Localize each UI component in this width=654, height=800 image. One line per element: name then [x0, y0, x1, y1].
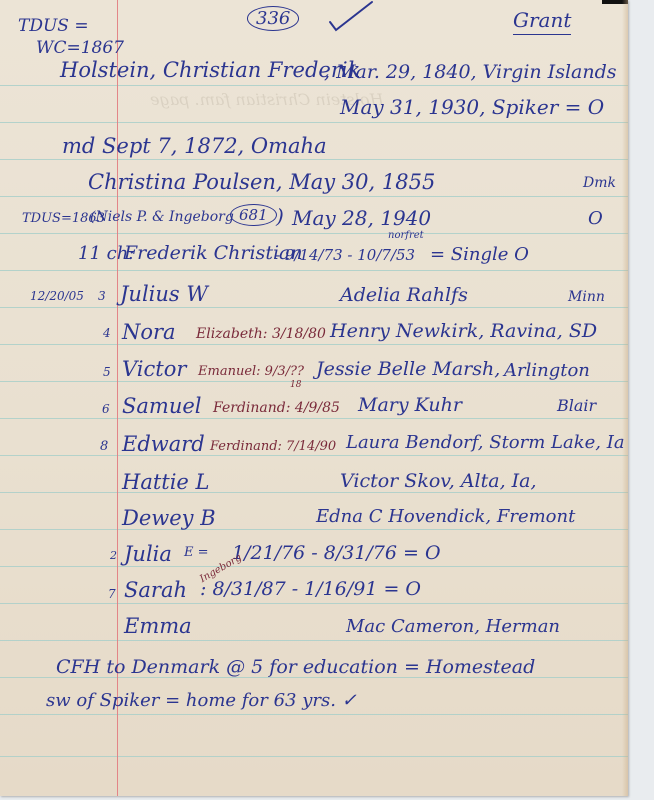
child-spouse: Henry Newkirk, Ravina, SD — [330, 322, 597, 341]
child-name: Sarah — [124, 580, 187, 601]
rule-line — [0, 270, 628, 271]
spouse-close-paren: ) — [276, 206, 284, 226]
top-note-line2: WC=1867 — [36, 40, 124, 57]
child-spouse: Mary Kuhr — [358, 396, 462, 415]
check-mark-icon — [326, 0, 376, 34]
child-spouse: Mac Cameron, Herman — [346, 618, 560, 636]
child-middle-date: Emanuel: 9/3/?? — [198, 365, 304, 378]
child-middle-sub: 18 — [290, 381, 301, 390]
child-number: 3 — [98, 290, 106, 302]
child-name: Edward — [122, 434, 205, 455]
head-death: May 31, 1930, Spiker = O — [340, 97, 604, 117]
notebook-page: Holstein Christian fam. page TDUS = WC=1… — [0, 0, 628, 796]
spouse-origin: Dmk — [583, 176, 616, 190]
child-middle-date: Elizabeth: 3/18/80 — [196, 327, 326, 341]
child-name: Julia — [124, 544, 172, 565]
child-name: Nora — [122, 322, 176, 343]
top-note-line1: TDUS = — [18, 18, 89, 35]
spouse-death-mark: O — [588, 210, 603, 228]
page-number-circled: 336 — [247, 6, 299, 31]
rule-line — [0, 159, 628, 160]
rule-line — [0, 492, 628, 493]
footnote-line1: CFH to Denmark @ 5 for education = Homes… — [56, 658, 535, 677]
child-spouse: = Single O — [430, 246, 529, 264]
child-number: 4 — [103, 327, 111, 339]
rule-line — [0, 455, 628, 456]
rule-line — [0, 344, 628, 345]
spouse-ref: 681 — [230, 208, 277, 223]
page-number: 336 — [247, 10, 299, 28]
child-number: 8 — [100, 440, 108, 453]
child-name: Julius W — [120, 284, 208, 305]
child-dates: - 9/14/73 - 10/7/53 — [275, 248, 415, 263]
child-dates: 1/21/76 - 8/31/76 = O — [232, 544, 441, 563]
rule-line — [0, 196, 628, 197]
head-name: Holstein, Christian Frederik — [60, 60, 360, 81]
child-number: 7 — [108, 588, 116, 600]
footnote-line2: sw of Spiker = home for 63 yrs. ✓ — [46, 692, 357, 710]
child-middle: E = — [184, 546, 209, 559]
spouse-name-birth: Christina Poulsen, May 30, 1855 — [88, 172, 435, 193]
head-birth: , Mar. 29, 1840, Virgin Islands — [324, 63, 617, 82]
child-middle-date: Ferdinand: 4/9/85 — [213, 401, 340, 415]
child-name: Hattie L — [122, 472, 209, 493]
rule-line — [0, 603, 628, 604]
child-superscript: norfret — [388, 231, 424, 241]
child-name: Emma — [124, 616, 192, 637]
spouse-death: May 28, 1940 — [292, 208, 431, 228]
rule-line — [0, 756, 628, 757]
rule-line — [0, 381, 628, 382]
child-name: Victor — [122, 359, 186, 380]
child-place: Minn — [568, 290, 605, 304]
child-place: Blair — [557, 398, 596, 414]
rule-line — [0, 233, 628, 234]
child-middle-date: Ferdinand: 7/14/90 — [210, 440, 336, 453]
rule-line — [0, 714, 628, 715]
rule-line — [0, 85, 628, 86]
child-number: 6 — [102, 403, 110, 415]
child-spouse: Jessie Belle Marsh, — [316, 360, 500, 379]
county-heading-text: Grant — [513, 8, 571, 35]
spouse-ref-circled: 681 — [230, 204, 277, 226]
child-name: Dewey B — [122, 508, 216, 529]
child-left-note: 12/20/05 — [30, 290, 84, 302]
child-spouse: Victor Skov, Alta, Ia, — [340, 472, 537, 491]
rule-line — [0, 122, 628, 123]
child-dates: : 8/31/87 - 1/16/91 = O — [200, 580, 421, 599]
rule-line — [0, 566, 628, 567]
rule-line — [0, 640, 628, 641]
marriage-line: md Sept 7, 1872, Omaha — [62, 136, 327, 157]
spouse-parents: (Niels P. & Ingeborg — [90, 210, 234, 224]
child-spouse: Edna C Hovendick, Fremont — [316, 508, 575, 526]
rule-line — [0, 307, 628, 308]
scan-edge — [602, 0, 628, 4]
child-name: Samuel — [122, 396, 202, 417]
child-spouse: Laura Bendorf, Storm Lake, Ia — [346, 434, 625, 452]
child-spouse: Adelia Rahlfs — [340, 286, 468, 305]
rule-line — [0, 529, 628, 530]
rule-line — [0, 418, 628, 419]
child-number: 5 — [103, 366, 111, 378]
child-place: Arlington — [504, 362, 590, 380]
child-number: 2 — [110, 550, 117, 561]
county-heading: Grant — [513, 10, 571, 30]
